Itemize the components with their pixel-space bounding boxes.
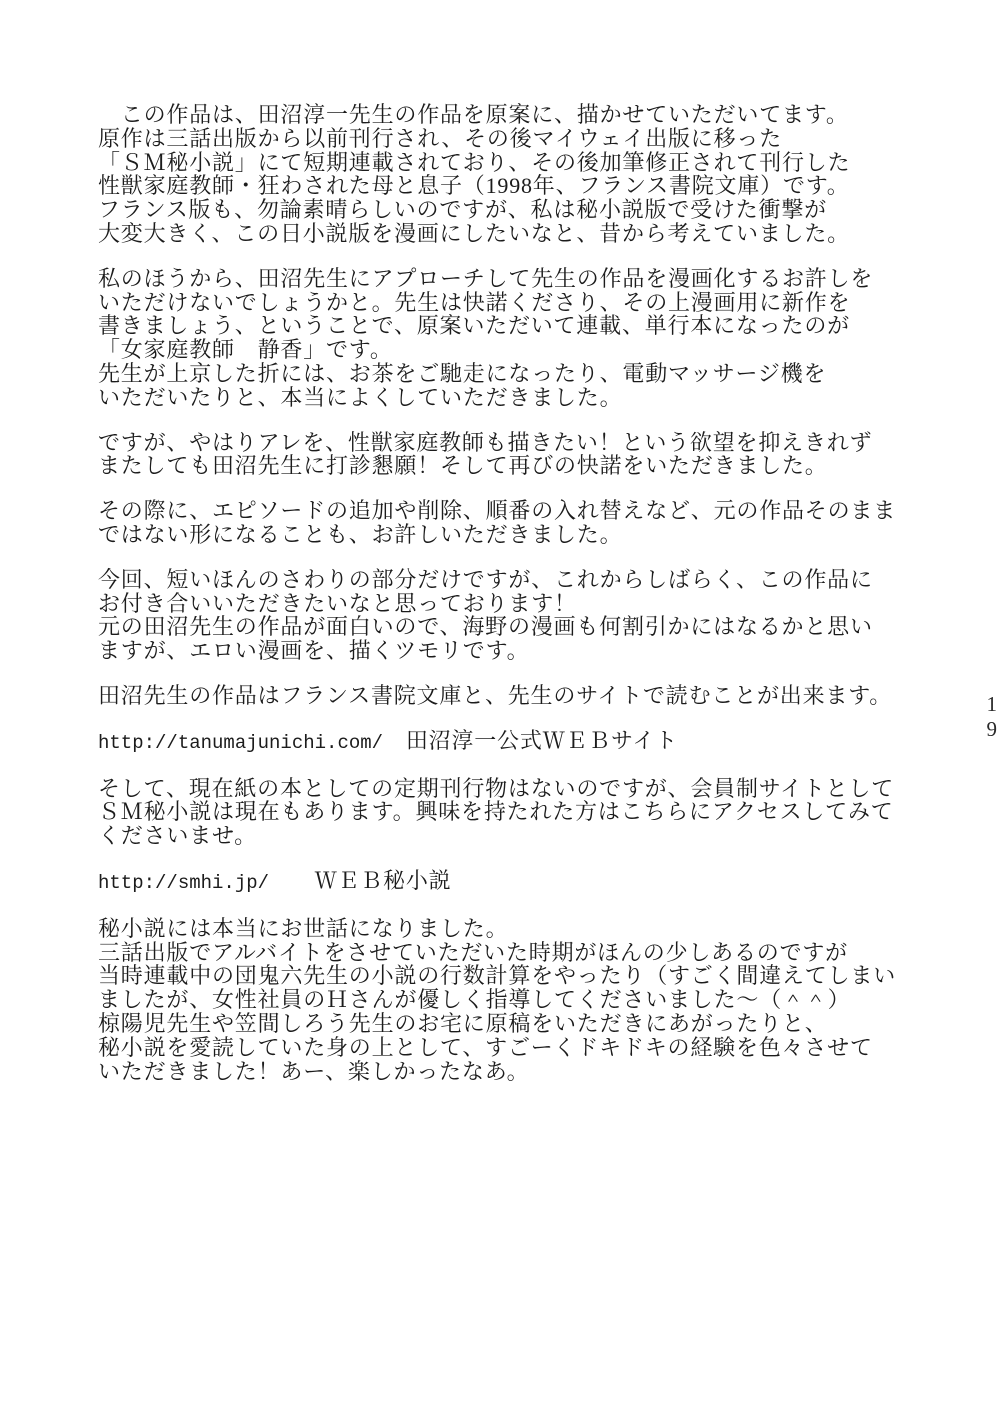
text-line: 三話出版でアルバイトをさせていただいた時期がほんの少しあるのですが: [98, 941, 958, 965]
url-text: http://tanumajunichi.com/: [98, 732, 383, 754]
paragraph: 田沼先生の作品はフランス書院文庫と、先生のサイトで読むことが出来ます。: [98, 684, 958, 708]
text-line: 書きましょう、ということで、原案いただいて連載、単行本になったのが: [98, 314, 958, 338]
paragraph: そして、現在紙の本としての定期刊行物はないのですが、会員制サイトとしてＳＭ秘小説…: [98, 777, 958, 848]
text-line: お付き合いいただきたいなと思っております！: [98, 592, 958, 616]
text-line: 私のほうから、田沼先生にアプローチして先生の作品を漫画化するお許しを: [98, 267, 958, 291]
page-number: 1 9: [987, 692, 998, 742]
text-line: ＳＭ秘小説は現在もあります。興味を持たれた方はこちらにアクセスしてみて: [98, 800, 958, 824]
text-line: いただきました！あー、楽しかったなあ。: [98, 1060, 958, 1084]
text-line: そして、現在紙の本としての定期刊行物はないのですが、会員制サイトとして: [98, 777, 958, 801]
text-line: またしても田沼先生に打診懇願！そして再びの快諾をいただきました。: [98, 454, 958, 478]
text-line: この作品は、田沼淳一先生の作品を原案に、描かせていただいてます。: [98, 103, 958, 127]
paragraph: 今回、短いほんのさわりの部分だけですが、これからしばらく、この作品にお付き合いい…: [98, 568, 958, 663]
text-line: フランス版も、勿論素晴らしいのですが、私は秘小説版で受けた衝撃が: [98, 198, 958, 222]
text-line: ますが、エロい漫画を、描くツモリです。: [98, 639, 958, 663]
text-line: 「女家庭教師 静香」です。: [98, 338, 958, 362]
page-number-digit-top: 1: [987, 692, 998, 717]
separator-space: [383, 728, 406, 753]
text-line: 当時連載中の団鬼六先生の小説の行数計算をやったり（すごく間違えてしまい: [98, 964, 958, 988]
url-text: http://smhi.jp/: [98, 872, 269, 894]
text-line: 先生が上京した折には、お茶をご馳走になったり、電動マッサージ機を: [98, 362, 958, 386]
text-line: その際に、エピソードの追加や削除、順番の入れ替えなど、元の作品そのまま: [98, 499, 958, 523]
paragraph: この作品は、田沼淳一先生の作品を原案に、描かせていただいてます。原作は三話出版か…: [98, 103, 958, 246]
text-line: 秘小説を愛読していた身の上として、すごーくドキドキの経験を色々させて: [98, 1036, 958, 1060]
paragraph: 私のほうから、田沼先生にアプローチして先生の作品を漫画化するお許しをいただけない…: [98, 267, 958, 410]
site-label: ＷＥＢ秘小説: [315, 868, 452, 893]
text-line: 元の田沼先生の作品が面白いので、海野の漫画も何割引かにはなるかと思い: [98, 615, 958, 639]
text-line: 原作は三話出版から以前刊行され、その後マイウェイ出版に移った: [98, 127, 958, 151]
paragraph: ですが、やはりアレを、性獣家庭教師も描きたい！という欲望を抑えきれずまたしても田…: [98, 431, 958, 479]
text-line: 「ＳＭ秘小説」にて短期連載されており、その後加筆修正されて刊行した: [98, 151, 958, 175]
text-line: いただけないでしょうかと。先生は快諾くださり、その上漫画用に新作を: [98, 291, 958, 315]
text-line: 大変大きく、この日小説版を漫画にしたいなと、昔から考えていました。: [98, 222, 958, 246]
text-line: 椋陽児先生や笠間しろう先生のお宅に原稿をいただきにあがったりと、: [98, 1012, 958, 1036]
site-label: 田沼淳一公式ＷＥＢサイト: [406, 728, 678, 753]
text-line: いただいたりと、本当によくしていただきました。: [98, 386, 958, 410]
website-line: http://tanumajunichi.com/ 田沼淳一公式ＷＥＢサイト: [98, 729, 958, 756]
text-line: 今回、短いほんのさわりの部分だけですが、これからしばらく、この作品に: [98, 568, 958, 592]
text-line: 田沼先生の作品はフランス書院文庫と、先生のサイトで読むことが出来ます。: [98, 684, 958, 708]
page-number-digit-bottom: 9: [987, 717, 998, 742]
paragraph: 秘小説には本当にお世話になりました。三話出版でアルバイトをさせていただいた時期が…: [98, 917, 958, 1084]
text-line: ですが、やはりアレを、性獣家庭教師も描きたい！という欲望を抑えきれず: [98, 431, 958, 455]
text-line: ましたが、女性社員のＨさんが優しく指導してくださいました～（＾＾）: [98, 988, 958, 1012]
afterword-text-column: この作品は、田沼淳一先生の作品を原案に、描かせていただいてます。原作は三話出版か…: [98, 103, 958, 1083]
afterword-page: この作品は、田沼淳一先生の作品を原案に、描かせていただいてます。原作は三話出版か…: [0, 0, 1000, 1424]
website-line: http://smhi.jp/ ＷＥＢ秘小説: [98, 869, 958, 896]
separator-space: [269, 868, 315, 893]
text-line: 秘小説には本当にお世話になりました。: [98, 917, 958, 941]
text-line: くださいませ。: [98, 824, 958, 848]
paragraph: その際に、エピソードの追加や削除、順番の入れ替えなど、元の作品そのままではない形…: [98, 499, 958, 547]
text-line: 性獣家庭教師・狂わされた母と息子（1998年、フランス書院文庫）です。: [98, 174, 958, 198]
text-line: ではない形になることも、お許しいただきました。: [98, 523, 958, 547]
